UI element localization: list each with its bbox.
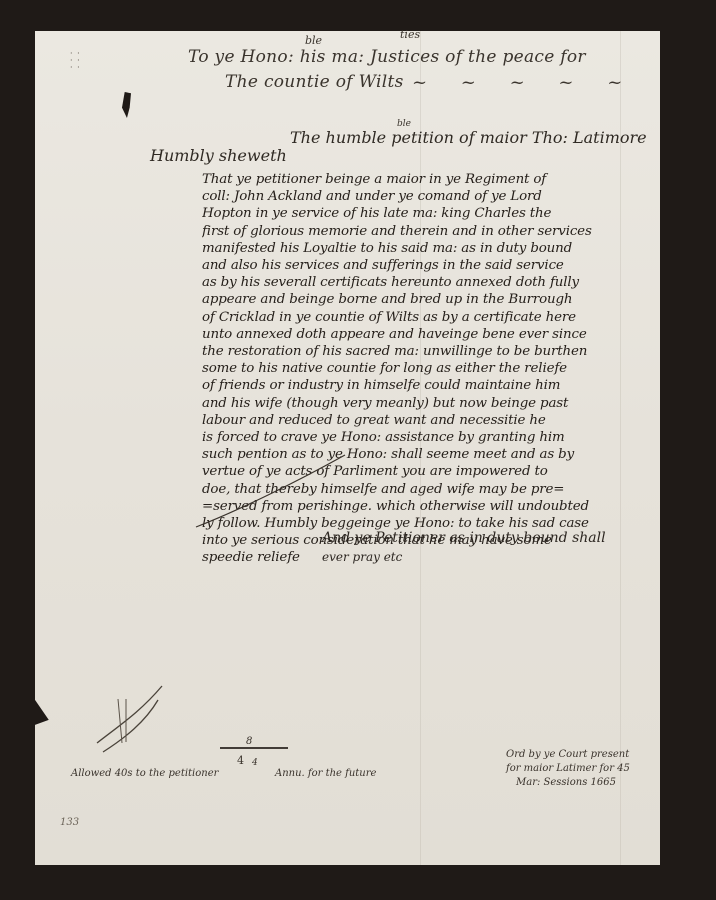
folio-number: 133 (60, 817, 79, 828)
fraction-numerator: 4 (237, 754, 244, 767)
endorsement-order: Ord by ye Court present for maior Latime… (506, 748, 630, 790)
endorsement-annuity: Annu. for the future (275, 768, 376, 779)
document-viewer: · ·· ·· · To ye Hono: his ma: Justices o… (0, 0, 716, 900)
endorsement-order-line: for maior Latimer for 45 (506, 762, 630, 776)
endorsement-allowed: Allowed 40s to the petitioner (71, 768, 218, 779)
fraction-denominator: 4 (252, 758, 258, 768)
endorsement-order-line: Mar: Sessions 1665 (506, 776, 630, 790)
endorsement-order-line: Ord by ye Court present (506, 748, 630, 762)
fraction-top: 8 (246, 736, 252, 747)
